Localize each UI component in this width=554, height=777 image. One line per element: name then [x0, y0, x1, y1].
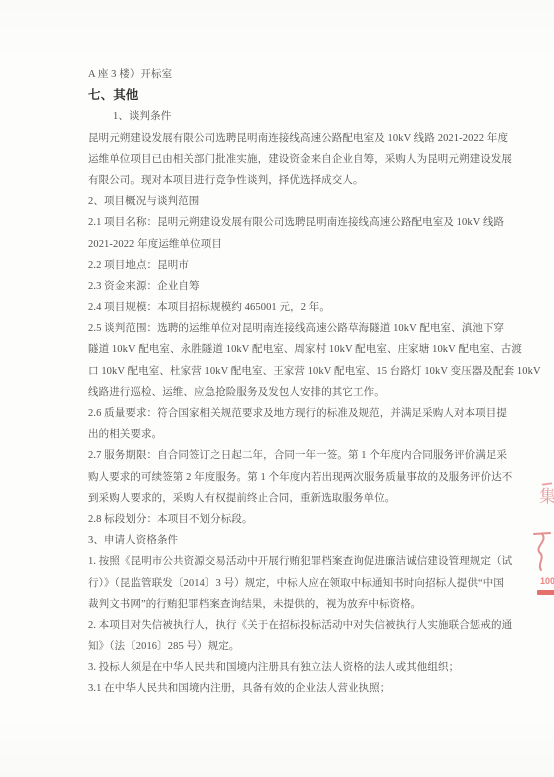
document-line: 运维单位项目已由相关部门批准实施，建设资金来自企业自筹，采购人为昆明元朔建设发展: [88, 149, 544, 170]
document-line: 2.6 质量要求：符合国家相关规范要求及地方现行的标准及规范，并满足采购人对本项…: [88, 403, 544, 424]
document-line: 3、申请人资格条件: [88, 530, 544, 551]
document-line: 3. 投标人须是在中华人民共和国境内注册具有独立法人资格的法人或其他组织；: [88, 657, 544, 678]
document-line: 2.7 服务期限：自合同签订之日起二年，合同一年一签。第 1 个年度内合同服务评…: [88, 445, 544, 466]
red-stamp-underline-bar: [537, 590, 554, 595]
document-body: A 座 3 楼）开标室七、其他1、谈判条件昆明元朔建设发展有限公司选聘昆明南连接…: [88, 64, 544, 700]
document-line: 口 10kV 配电室、杜家营 10kV 配电室、王家营 10kV 配电室、15 …: [88, 361, 544, 382]
document-line: 出的相关要求。: [88, 424, 544, 445]
document-line: 2. 本项目对失信被执行人，执行《关于在招标投标活动中对失信被执行人实施联合惩戒…: [88, 615, 544, 636]
document-line: 昆明元朔建设发展有限公司选聘昆明南连接线高速公路配电室及 10kV 线路 202…: [88, 128, 544, 149]
red-stamp-character-mark: 集: [539, 488, 554, 505]
red-stamp-squiggle-mark: [528, 531, 554, 573]
scanned-document-page: A 座 3 楼）开标室七、其他1、谈判条件昆明元朔建设发展有限公司选聘昆明南连接…: [0, 0, 554, 777]
document-line: 2.2 项目地点：昆明市: [88, 255, 544, 276]
red-stamp-dash-mark: [542, 482, 552, 485]
document-line: 1. 按照《昆明市公共资源交易活动中开展行贿犯罪档案查询促进廉洁诚信建设管理规定…: [88, 551, 544, 572]
document-line: 2.5 谈判范围：选聘的运维单位对昆明南连接线高速公路草海隧道 10kV 配电室…: [88, 318, 544, 339]
document-line: 3.1 在中华人民共和国境内注册，具备有效的企业法人营业执照；: [88, 678, 544, 699]
document-line: 线路进行巡检、运维、应急抢险服务及发包人安排的其它工作。: [88, 382, 544, 403]
document-line: 2021-2022 年度运维单位项目: [88, 234, 544, 255]
document-line: 2.4 项目规模：本项目招标规模约 465001 元，2 年。: [88, 297, 544, 318]
document-line: 隧道 10kV 配电室、永胜隧道 10kV 配电室、周家村 10kV 配电室、庄…: [88, 339, 544, 360]
document-line: 知》（法〔2016〕285 号）规定。: [88, 636, 544, 657]
document-line: 有限公司。现对本项目进行竞争性谈判，择优选择成交人。: [88, 170, 544, 191]
document-line: 2.1 项目名称：昆明元朔建设发展有限公司选聘昆明南连接线高速公路配电室及 10…: [88, 212, 544, 233]
document-line: 到采购人要求的，采购人有权提前终止合同，重新选取服务单位。: [88, 488, 544, 509]
document-line: 七、其他: [88, 85, 544, 106]
document-line: 2.3 资金来源：企业自筹: [88, 276, 544, 297]
document-line: 2.8 标段划分：本项目不划分标段。: [88, 509, 544, 530]
document-line: 裁判文书网”的行贿犯罪档案查询结果，未提供的，视为放弃中标资格。: [88, 594, 544, 615]
document-line: 1、谈判条件: [88, 106, 544, 127]
document-line: 行）》（昆监管联发〔2014〕3 号）规定，中标人应在领取中标通知书时向招标人提…: [88, 573, 544, 594]
document-line: A 座 3 楼）开标室: [88, 64, 544, 85]
document-line: 2、项目概况与谈判范围: [88, 191, 544, 212]
red-stamp-number-mark: 100: [540, 577, 554, 586]
document-line: 购人要求的可续签第 2 年度服务。第 1 个年度内若出现两次服务质量事故的及服务…: [88, 467, 544, 488]
